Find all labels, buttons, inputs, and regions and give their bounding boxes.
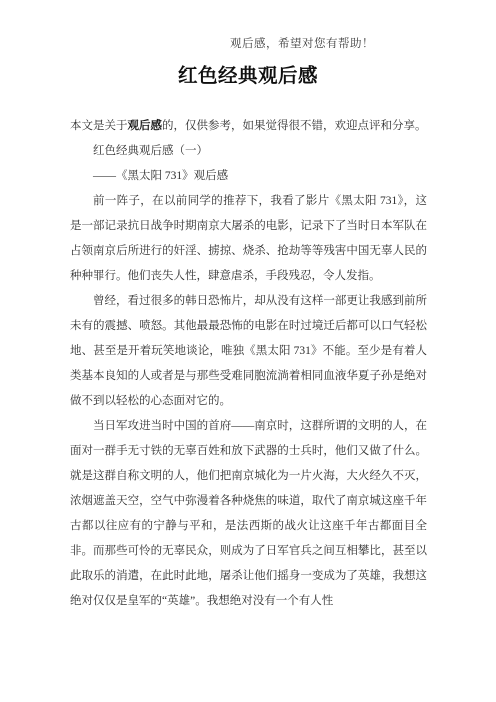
intro-bold-term: 观后感 (128, 120, 163, 132)
article-paragraph-2: 曾经，看过很多的韩日恐怖片，却从没有这样一部更让我感到前所未有的震撼、喷怒。其他… (70, 289, 427, 414)
document-page: 观后感，希望对您有帮助！ 红色经典观后感 本文是关于观后感的，仅供参考，如果觉得… (0, 0, 496, 702)
article-paragraph-1: 前一阵子，在以前同学的推荐下，我看了影片《黑太阳 731》，这是一部记录抗日战争… (70, 189, 427, 289)
article-paragraph-3: 当日军攻进当时中国的首府——南京时，这群所谓的文明的人，在面对一群手无寸铁的无辜… (70, 414, 427, 614)
section-title: 红色经典观后感（一） (70, 139, 427, 164)
document-body: 本文是关于观后感的，仅供参考，如果觉得很不错，欢迎点评和分享。 红色经典观后感（… (70, 114, 427, 614)
intro-suffix: 的，仅供参考，如果觉得很不错，欢迎点评和分享。 (162, 120, 427, 132)
header-note: 观后感，希望对您有帮助！ (230, 37, 374, 52)
page-title: 红色经典观后感 (0, 62, 496, 90)
intro-paragraph: 本文是关于观后感的，仅供参考，如果觉得很不错，欢迎点评和分享。 (70, 114, 427, 139)
article-subtitle: ——《黑太阳 731》观后感 (70, 164, 427, 189)
intro-prefix: 本文是关于 (70, 120, 128, 132)
